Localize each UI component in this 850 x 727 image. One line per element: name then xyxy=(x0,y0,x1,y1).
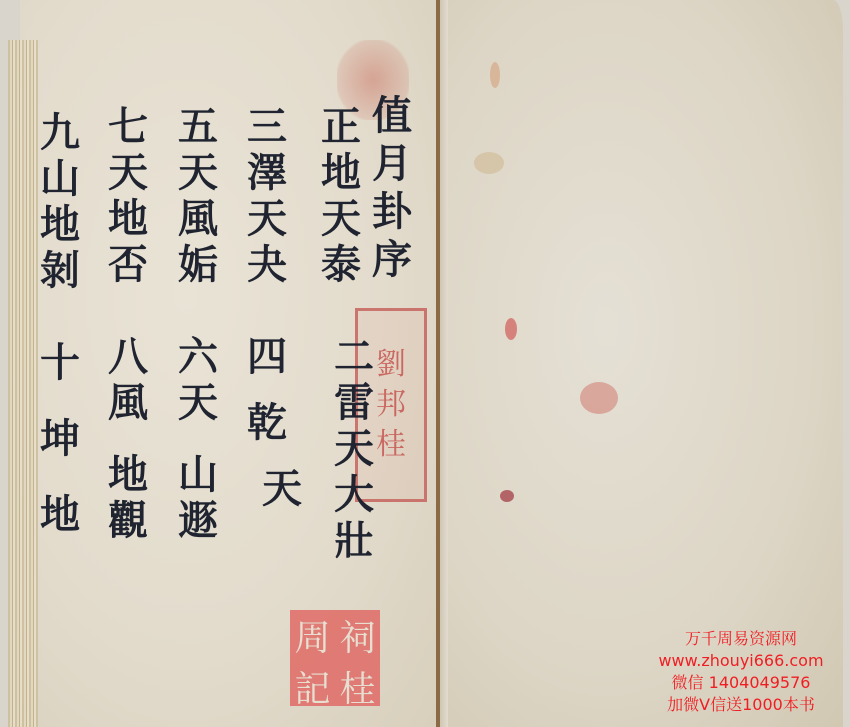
watermark-promo: 加微V信送1000本书 xyxy=(632,694,850,716)
text-char: 山 xyxy=(40,156,80,202)
text-char: 風 xyxy=(108,380,148,426)
seal-char: 祠 xyxy=(335,610,380,661)
ink-stain xyxy=(505,318,517,340)
seal-char: 劉 xyxy=(376,345,406,385)
seal-char: 記 xyxy=(290,661,335,712)
title-text: 值月卦序 xyxy=(372,92,412,284)
text-column-3: 五天風姤 六天山遯 xyxy=(178,104,218,544)
text-char: 壯 xyxy=(334,518,374,564)
text-char: 天 xyxy=(108,150,148,196)
text-char: 三 xyxy=(247,104,287,150)
text-char: 十 xyxy=(40,340,80,386)
text-char: 風 xyxy=(178,196,218,242)
page-edges xyxy=(8,40,38,727)
text-char: 五 xyxy=(178,104,218,150)
text-char: 地 xyxy=(40,492,80,538)
title-char: 卦 xyxy=(372,188,412,236)
text-char: 地 xyxy=(321,150,361,196)
watermark-site-name: 万千周易资源网 xyxy=(632,628,850,650)
text-char: 地 xyxy=(108,196,148,242)
text-char: 正 xyxy=(321,104,361,150)
watermark: 万千周易资源网 www.zhouyi666.com 微信 1404049576 … xyxy=(632,628,850,716)
text-column-4: 七天地否 八風地觀 xyxy=(108,104,148,544)
seal-char: 桂 xyxy=(335,661,380,712)
text-char: 天 xyxy=(247,196,287,242)
title-char: 值 xyxy=(372,92,412,140)
text-char: 四 xyxy=(247,334,287,380)
text-char: 天 xyxy=(321,196,361,242)
bottom-seal: 周 祠 記 桂 xyxy=(290,610,380,706)
ink-stain xyxy=(490,62,500,88)
text-char: 七 xyxy=(108,104,148,150)
watermark-url: www.zhouyi666.com xyxy=(632,650,850,672)
seal-char: 邦 xyxy=(376,385,406,425)
text-char: 九 xyxy=(40,110,80,156)
text-char: 雷 xyxy=(334,380,374,426)
ink-stain xyxy=(580,382,618,414)
text-char: 天 xyxy=(262,466,302,512)
title-char: 序 xyxy=(372,236,412,284)
text-char: 觀 xyxy=(108,498,148,544)
text-char: 姤 xyxy=(178,242,218,288)
text-char: 天 xyxy=(334,426,374,472)
text-char: 地 xyxy=(108,452,148,498)
ink-stain xyxy=(500,490,514,502)
right-page xyxy=(448,0,843,727)
ink-stain xyxy=(474,152,504,174)
text-char: 八 xyxy=(108,334,148,380)
text-char: 遯 xyxy=(178,498,218,544)
text-char: 二 xyxy=(334,334,374,380)
watermark-wechat: 微信 1404049576 xyxy=(632,672,850,694)
text-char: 大 xyxy=(334,472,374,518)
text-column-5: 九山地剝 十坤地 xyxy=(40,110,80,538)
text-char: 坤 xyxy=(40,416,80,462)
text-char: 夬 xyxy=(247,242,287,288)
title-char: 月 xyxy=(372,140,412,188)
text-char: 山 xyxy=(178,452,218,498)
text-char: 泰 xyxy=(321,242,361,288)
text-char: 剝 xyxy=(40,248,80,294)
text-char: 地 xyxy=(40,202,80,248)
text-column-1: 正地天泰 二雷天大壯 xyxy=(308,104,374,564)
text-column-2: 三澤天夬 四乾天 xyxy=(232,104,302,512)
text-char: 天 xyxy=(178,150,218,196)
seal-char: 周 xyxy=(290,610,335,661)
text-char: 澤 xyxy=(247,150,287,196)
text-char: 六 xyxy=(178,334,218,380)
title-column: 值月卦序 xyxy=(372,92,412,284)
spine-fold xyxy=(440,0,448,727)
seal-char: 桂 xyxy=(376,425,406,465)
text-char: 天 xyxy=(178,380,218,426)
text-char: 否 xyxy=(108,242,148,288)
text-char: 乾 xyxy=(247,400,287,446)
